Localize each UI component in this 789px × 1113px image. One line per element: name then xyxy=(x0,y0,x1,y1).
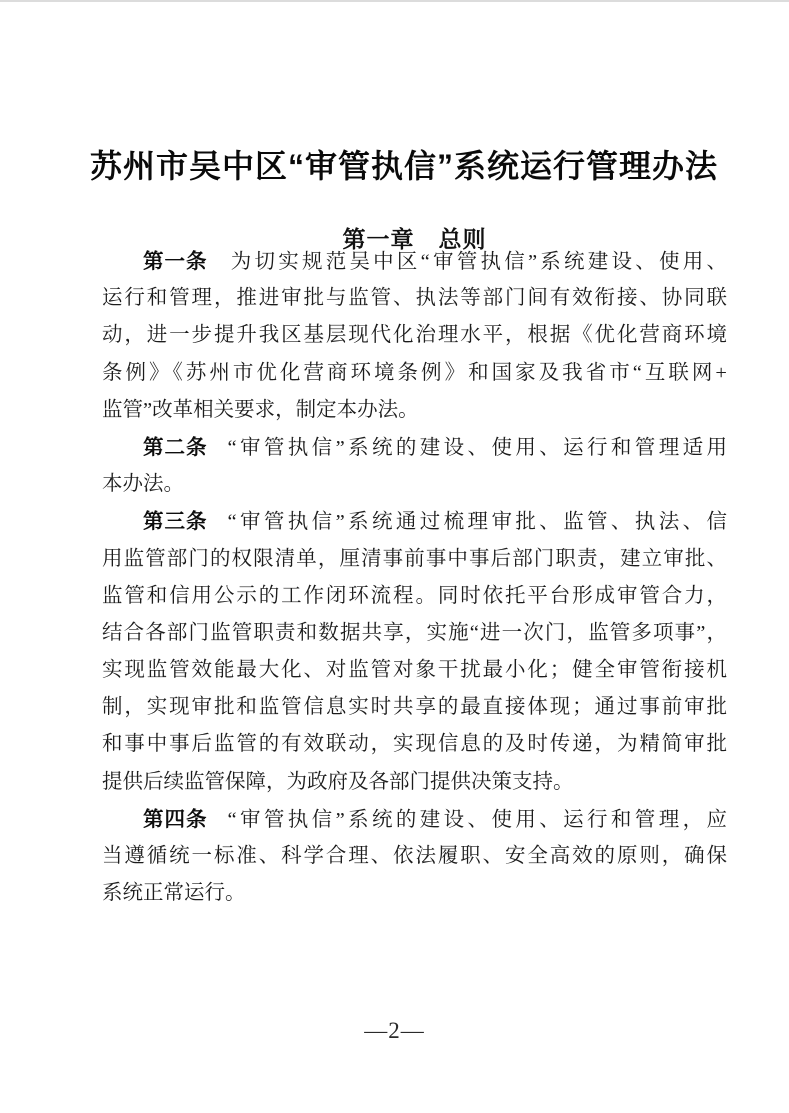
line-text: 实现监管效能最大化、对监管对象干扰最小化；健全审管衔接机 xyxy=(102,659,727,681)
line-text: 监管和信用公示的工作闭环流程。同时依托平台形成审管合力， xyxy=(102,585,727,607)
body-line: 系统正常运行。 xyxy=(102,875,727,912)
line-text: 监管”改革相关要求，制定本办法。 xyxy=(102,399,419,421)
body-line: 条例》《苏州市优化营商环境条例》和国家及我省市“互联网+ xyxy=(102,355,727,392)
body-line: 监管”改革相关要求，制定本办法。 xyxy=(102,392,727,429)
article-label: 第一条 xyxy=(143,243,208,280)
line-text: 和事中事后监管的有效联动，实现信息的及时传递，为精简审批 xyxy=(102,733,727,755)
line-text: 提供后续监管保障，为政府及各部门提供决策支持。 xyxy=(102,771,574,793)
line-text: “审管执信”系统的建设、使用、运行和管理，应 xyxy=(228,809,728,831)
body-line: 制，实现审批和监管信息实时共享的最直接体现；通过事前审批 xyxy=(102,689,727,726)
body-line: 运行和管理，推进审批与监管、执法等部门间有效衔接、协同联 xyxy=(102,280,727,317)
line-text: 本办法。 xyxy=(102,473,184,495)
scanned-document-page: 苏州市吴中区“审管执信”系统运行管理办法 第一章 总则 第一条为切实规范吴中区“… xyxy=(0,0,789,1113)
body-line: 提供后续监管保障，为政府及各部门提供决策支持。 xyxy=(102,764,727,801)
line-text: 系统正常运行。 xyxy=(102,882,246,904)
line-text: 当遵循统一标准、科学合理、依法履职、安全高效的原则，确保 xyxy=(102,845,727,867)
body-line: 用监管部门的权限清单，厘清事前事中事后部门职责，建立审批、 xyxy=(102,541,727,578)
line-text: 用监管部门的权限清单，厘清事前事中事后部门职责，建立审批、 xyxy=(102,548,727,570)
line-text: 为切实规范吴中区“审管执信”系统建设、使用、 xyxy=(228,251,728,273)
line-text: “审管执信”系统的建设、使用、运行和管理适用 xyxy=(228,437,728,459)
article-label: 第四条 xyxy=(143,801,208,838)
body-line: 第四条“审管执信”系统的建设、使用、运行和管理，应 xyxy=(102,801,727,838)
line-text: 运行和管理，推进审批与监管、执法等部门间有效衔接、协同联 xyxy=(102,287,727,309)
body-line: 第三条“审管执信”系统通过梳理审批、监管、执法、信 xyxy=(102,503,727,540)
body-line: 本办法。 xyxy=(102,466,727,503)
body-line: 和事中事后监管的有效联动，实现信息的及时传递，为精简审批 xyxy=(102,726,727,763)
body-line: 当遵循统一标准、科学合理、依法履职、安全高效的原则，确保 xyxy=(102,838,727,875)
line-text: 制，实现审批和监管信息实时共享的最直接体现；通过事前审批 xyxy=(102,696,727,718)
scan-edge-artifact xyxy=(0,0,789,2)
line-text: 条例》《苏州市优化营商环境条例》和国家及我省市“互联网+ xyxy=(102,362,727,384)
line-text: 结合各部门监管职责和数据共享，实施“进一次门，监管多项事”， xyxy=(102,622,727,644)
body-line: 第二条“审管执信”系统的建设、使用、运行和管理适用 xyxy=(102,429,727,466)
line-text: “审管执信”系统通过梳理审批、监管、执法、信 xyxy=(228,511,728,533)
body-line: 结合各部门监管职责和数据共享，实施“进一次门，监管多项事”， xyxy=(102,615,727,652)
line-text: 动，进一步提升我区基层现代化治理水平，根据《优化营商环境 xyxy=(102,324,727,346)
body-line: 实现监管效能最大化、对监管对象干扰最小化；健全审管衔接机 xyxy=(102,652,727,689)
document-title: 苏州市吴中区“审管执信”系统运行管理办法 xyxy=(88,145,720,187)
body-line: 监管和信用公示的工作闭环流程。同时依托平台形成审管合力， xyxy=(102,578,727,615)
article-label: 第三条 xyxy=(143,503,208,540)
body-line: 动，进一步提升我区基层现代化治理水平，根据《优化营商环境 xyxy=(102,317,727,354)
article-label: 第二条 xyxy=(143,429,208,466)
document-body: 第一条为切实规范吴中区“审管执信”系统建设、使用、运行和管理，推进审批与监管、执… xyxy=(102,243,727,912)
body-line: 第一条为切实规范吴中区“审管执信”系统建设、使用、 xyxy=(102,243,727,280)
page-number: —2— xyxy=(0,1016,789,1046)
